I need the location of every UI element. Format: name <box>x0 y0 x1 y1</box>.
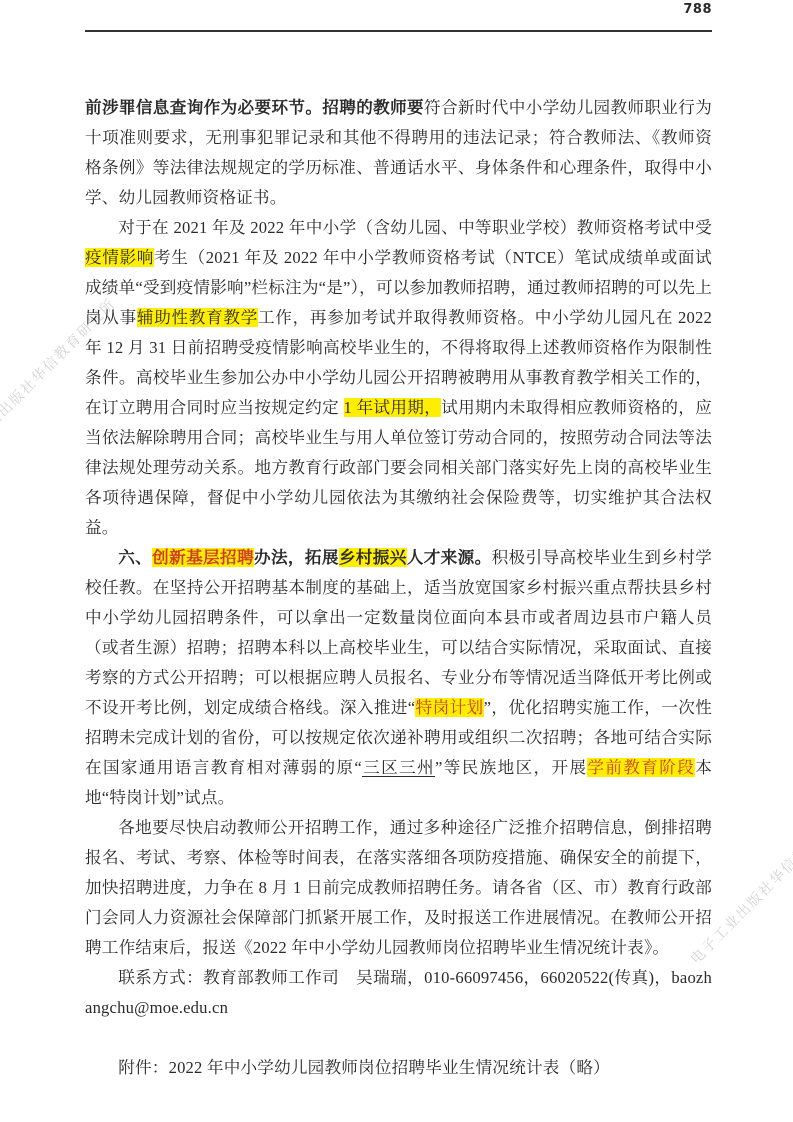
text-run: 积极引导高校毕业生到乡村学校任教。在坚持公开招聘基本制度的基础上，适当放宽国家乡… <box>85 548 712 717</box>
highlighted-text: 乡村振兴 <box>339 548 407 567</box>
highlighted-text: 学前教育阶段 <box>587 758 695 777</box>
document-body: 前涉罪信息查询作为必要环节。招聘的教师要符合新时代中小学幼儿园教师职业行为十项准… <box>85 93 712 1083</box>
highlighted-text: 特岗计划 <box>415 698 483 717</box>
paragraph-continuation: 前涉罪信息查询作为必要环节。招聘的教师要符合新时代中小学幼儿园教师职业行为十项准… <box>85 93 712 213</box>
underlined-text: 三区三州 <box>362 758 435 777</box>
text-run: 附件：2022 年中小学幼儿园教师岗位招聘毕业生情况统计表（略） <box>118 1058 610 1077</box>
text-run: 办法，拓展 <box>254 548 339 567</box>
paragraph-exam-covid: 对于在 2021 年及 2022 年中小学（含幼儿园、中等职业学校）教师资格考试… <box>85 213 712 543</box>
text-run: 联系方式：教育部教师工作司 吴瑞瑞，010-66097456，66020522(… <box>85 968 712 1017</box>
text-run: 前涉罪信息查询作为必要环节。招聘的教师要 <box>85 98 424 117</box>
text-run: 各地要尽快启动教师公开招聘工作，通过多种途径广泛推介招聘信息，倒排招聘报名、考试… <box>85 818 712 957</box>
text-run: 人才来源。 <box>407 548 492 567</box>
text-run: 对于在 2021 年及 2022 年中小学（含幼儿园、中等职业学校）教师资格考试… <box>118 218 712 237</box>
paragraph-attachment: 附件：2022 年中小学幼儿园教师岗位招聘毕业生情况统计表（略） <box>85 1053 712 1083</box>
highlighted-text: 1 年试用期， <box>344 398 442 417</box>
document-page: 788 电子工业出版社华信教育研究所 电子工业出版社华信教育研究所 前涉罪信息查… <box>0 0 793 1122</box>
text-run: 六、 <box>118 548 152 567</box>
highlighted-text: 创新基层招聘 <box>152 548 254 567</box>
paragraph-schedule: 各地要尽快启动教师公开招聘工作，通过多种途径广泛推介招聘信息，倒排招聘报名、考试… <box>85 813 712 963</box>
page-number: 788 <box>85 2 712 17</box>
header-rule <box>85 30 712 32</box>
text-run: ”等民族地区，开展 <box>435 758 587 777</box>
paragraph-contact: 联系方式：教育部教师工作司 吴瑞瑞，010-66097456，66020522(… <box>85 963 712 1023</box>
text-run: 试用期内未取得相应教师资格的，应当依法解除聘用合同；高校毕业生与用人单位签订劳动… <box>85 398 712 537</box>
highlighted-text: 辅助性教育教学 <box>137 308 258 327</box>
paragraph-section-six: 六、创新基层招聘办法，拓展乡村振兴人才来源。积极引导高校毕业生到乡村学校任教。在… <box>85 543 712 813</box>
highlighted-text: 疫情影响 <box>85 248 154 267</box>
